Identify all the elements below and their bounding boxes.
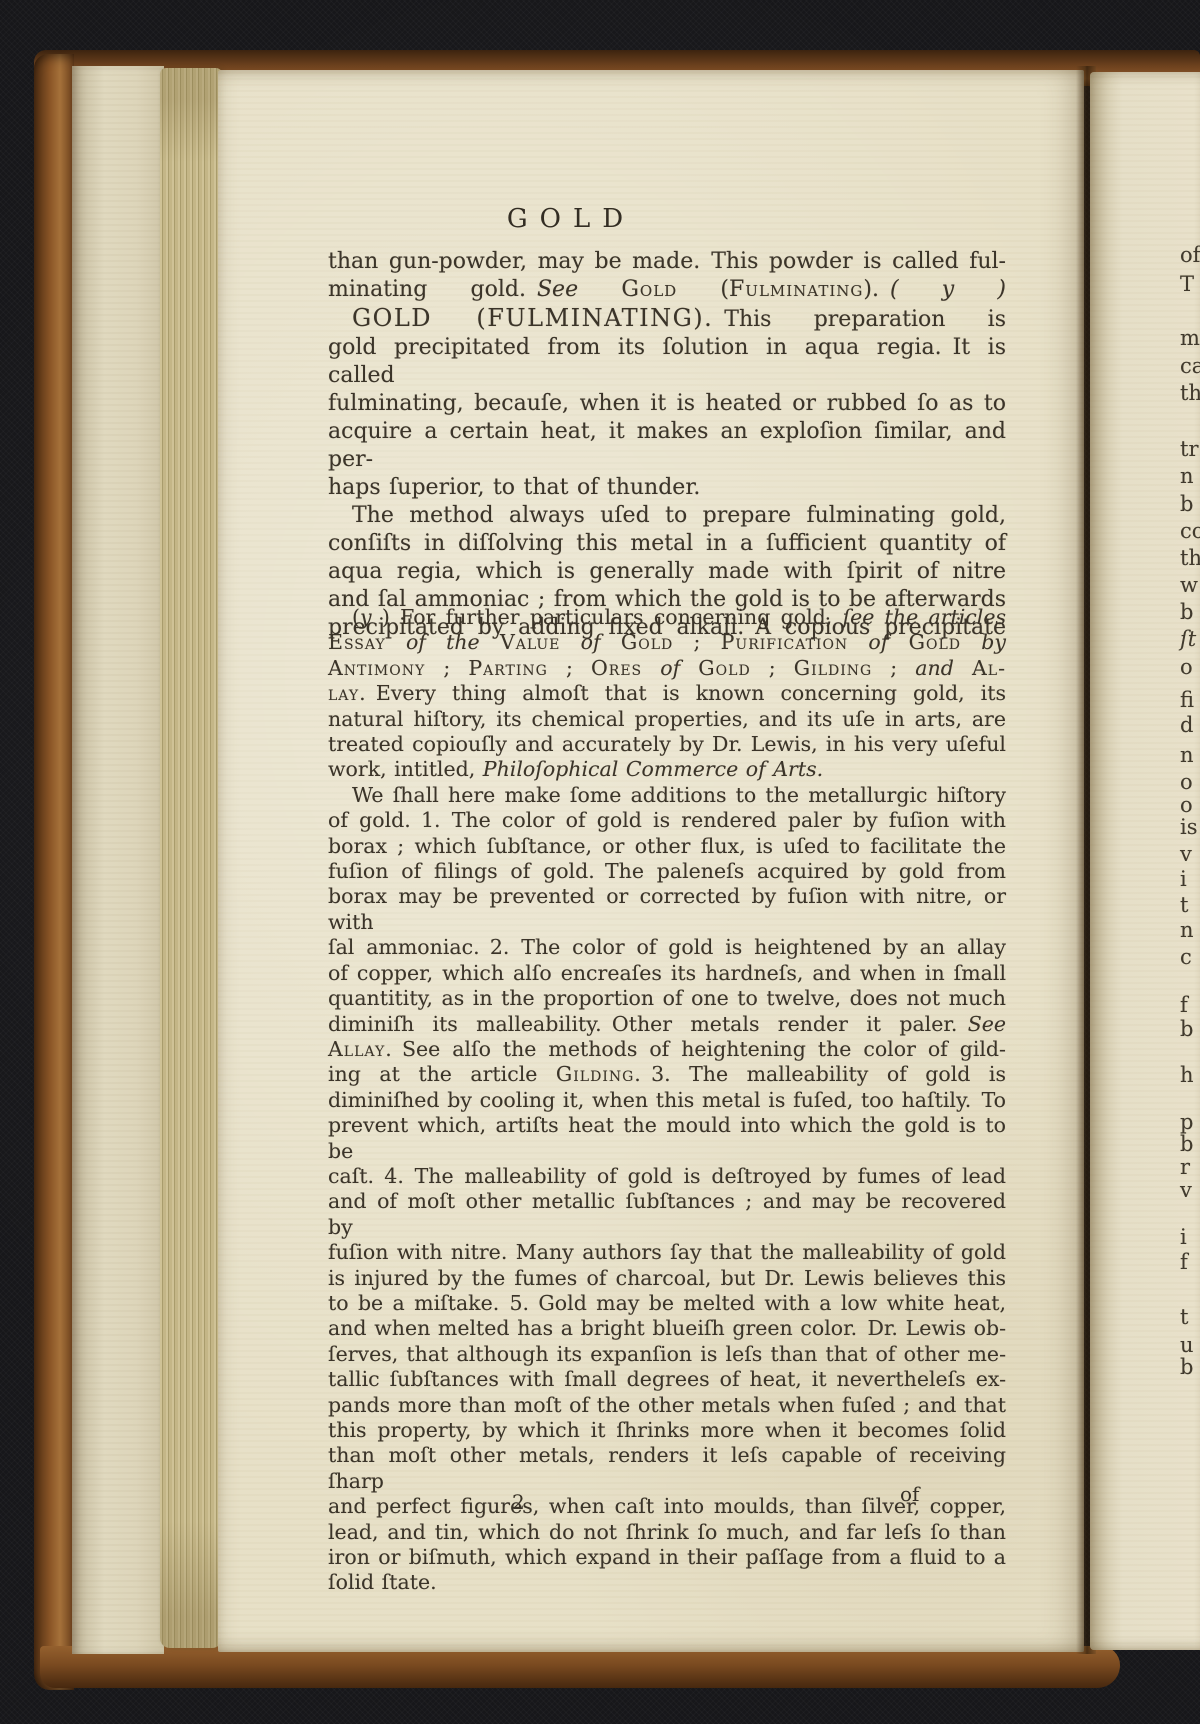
footnote-line: ſolid ſtate. — [328, 1570, 1006, 1595]
footnote-line: borax may be prevented or corrected by f… — [328, 884, 1006, 935]
catchword: of — [900, 1482, 919, 1506]
text-fragment: c — [1180, 945, 1192, 969]
running-head: GOLD — [507, 204, 635, 234]
text-fragment: f — [1180, 1250, 1188, 1274]
footnote-line: and of moſt other metallic ſubſtances ; … — [328, 1189, 1006, 1240]
footnote-line: Essay of the Value of Gold ; Purificatio… — [328, 630, 1006, 655]
footnote-line: ſerves, that although its expanſion is l… — [328, 1342, 1006, 1367]
text-fragment: f — [1180, 993, 1188, 1017]
text-line: acquire a certain heat, it makes an expl… — [328, 418, 1006, 474]
footnote-line: iron or biſmuth, which expand in their p… — [328, 1545, 1006, 1570]
footnote-line: and when melted has a bright blueiſh gre… — [328, 1316, 1006, 1341]
main-text-block: than gun-powder, may be made. This powde… — [328, 248, 1006, 642]
footnote-line: fuſion of filings of gold. The paleneſs … — [328, 859, 1006, 884]
text-fragment: i — [1180, 1225, 1187, 1249]
footnote-line: is injured by the fumes of charcoal, but… — [328, 1266, 1006, 1291]
footnote-line: natural hiſtory, its chemical properties… — [328, 707, 1006, 732]
text-fragment: o — [1180, 770, 1193, 794]
text-fragment: th — [1180, 546, 1200, 570]
text-fragment: ſt — [1180, 627, 1196, 651]
footnote-line: fuſion with nitre. Many authors ſay that… — [328, 1240, 1006, 1265]
text-line: GOLD (FULMINATING). This preparation is — [328, 304, 1006, 334]
text-fragment: of — [1180, 243, 1200, 267]
text-fragment: b — [1180, 600, 1193, 624]
footnote-line: of gold. 1. The color of gold is rendere… — [328, 808, 1006, 833]
text-fragment: t — [1180, 893, 1188, 917]
footnote-line: (y ) For further particulars concerning … — [328, 605, 1006, 630]
text-fragment: b — [1180, 1017, 1193, 1041]
footnote-line: tallic ſubſtances with ſmall degrees of … — [328, 1367, 1006, 1392]
footnote-line: We ſhall here make ſome additions to the… — [328, 783, 1006, 808]
text-fragment: v — [1180, 842, 1192, 866]
footnote-line: quantitity, as in the proportion of one … — [328, 986, 1006, 1011]
footnote-line: prevent which, artiſts heat the mould in… — [328, 1113, 1006, 1164]
footnote-line: of copper, which alſo encreaſes its hard… — [328, 961, 1006, 986]
inner-board-margin — [72, 66, 164, 1654]
footnote-line: ſal ammoniac. 2. The color of gold is he… — [328, 935, 1006, 960]
text-line: gold precipitated from its ſolution in a… — [328, 334, 1006, 390]
text-fragment: n — [1180, 743, 1194, 767]
text-fragment: o — [1180, 793, 1193, 817]
book-photo: GOLD than gun-powder, may be made. This … — [0, 0, 1200, 1724]
text-fragment: n — [1180, 464, 1194, 488]
text-line: conſiſts in diſſolving this metal in a ſ… — [328, 530, 1006, 558]
footnote-line: this property, by which it ſhrinks more … — [328, 1418, 1006, 1443]
right-page-text-fragments: ofTmcathtrnbcothwbſtofidnooisvitncfbhpbr… — [1180, 0, 1200, 1724]
text-line: aqua regia, which is generally made with… — [328, 558, 1006, 586]
book-cover-left-edge — [34, 54, 74, 1690]
text-line: than gun-powder, may be made. This powde… — [328, 248, 1006, 276]
footnote-line: borax ; which ſubſtance, or other flux, … — [328, 834, 1006, 859]
left-page: GOLD than gun-powder, may be made. This … — [218, 70, 1084, 1652]
signature-mark: 2 — [512, 1490, 525, 1514]
text-line: fulminating, becauſe, when it is heated … — [328, 390, 1006, 418]
text-fragment: d — [1180, 713, 1193, 737]
footnote-line: diminiſhed by cooling it, when this meta… — [328, 1088, 1006, 1113]
footnote-line: work, intitled, Philoſophical Commerce o… — [328, 757, 1006, 782]
text-fragment: co — [1180, 519, 1200, 543]
footnote-line: ing at the article Gilding. 3. The malle… — [328, 1062, 1006, 1087]
text-fragment: T — [1180, 272, 1194, 296]
text-fragment: b — [1180, 492, 1193, 516]
text-line: The method always uſed to prepare fulmin… — [328, 502, 1006, 530]
text-line: haps ſuperior, to that of thunder. — [328, 474, 1006, 502]
footnote-line: pands more than moſt of the other metals… — [328, 1393, 1006, 1418]
footnote-line: diminiſh its malleability. Other metals … — [328, 1012, 1006, 1037]
text-fragment: t — [1180, 1305, 1188, 1329]
text-fragment: b — [1180, 1355, 1193, 1379]
text-fragment: o — [1180, 655, 1193, 679]
footnote-line: lay. Every thing almoſt that is known co… — [328, 681, 1006, 706]
footnote-line: to be a miſtake. 5. Gold may be melted w… — [328, 1291, 1006, 1316]
text-fragment: i — [1180, 867, 1187, 891]
book-cover-bottom-edge — [40, 1646, 1120, 1688]
footnote-block: (y ) For further particulars concerning … — [328, 605, 1006, 1596]
text-fragment: u — [1180, 1333, 1194, 1357]
text-fragment: fi — [1180, 688, 1194, 712]
text-fragment: th — [1180, 381, 1200, 405]
footnote-line: lead, and tin, which do not ſhrink ſo mu… — [328, 1520, 1006, 1545]
text-fragment: tr — [1180, 437, 1198, 461]
text-fragment: h — [1180, 1063, 1194, 1087]
text-fragment: b — [1180, 1132, 1193, 1156]
text-fragment: p — [1180, 1110, 1193, 1134]
footnote-line: caſt. 4. The malleability of gold is deſ… — [328, 1164, 1006, 1189]
text-fragment: n — [1180, 918, 1194, 942]
text-fragment: ca — [1180, 354, 1200, 378]
footnote-line: Allay. See alſo the methods of heighteni… — [328, 1037, 1006, 1062]
text-fragment: w — [1180, 573, 1198, 597]
page-fore-edges — [160, 68, 222, 1648]
footnote-line: Antimony ; Parting ; Ores of Gold ; Gild… — [328, 656, 1006, 681]
text-line: minating gold. See Gold (Fulminating). (… — [328, 276, 1006, 304]
text-fragment: r — [1180, 1155, 1190, 1179]
text-fragment: is — [1180, 815, 1198, 839]
text-fragment: v — [1180, 1178, 1192, 1202]
text-fragment: m — [1180, 326, 1200, 350]
footnote-line: treated copiouſly and accurately by Dr. … — [328, 732, 1006, 757]
